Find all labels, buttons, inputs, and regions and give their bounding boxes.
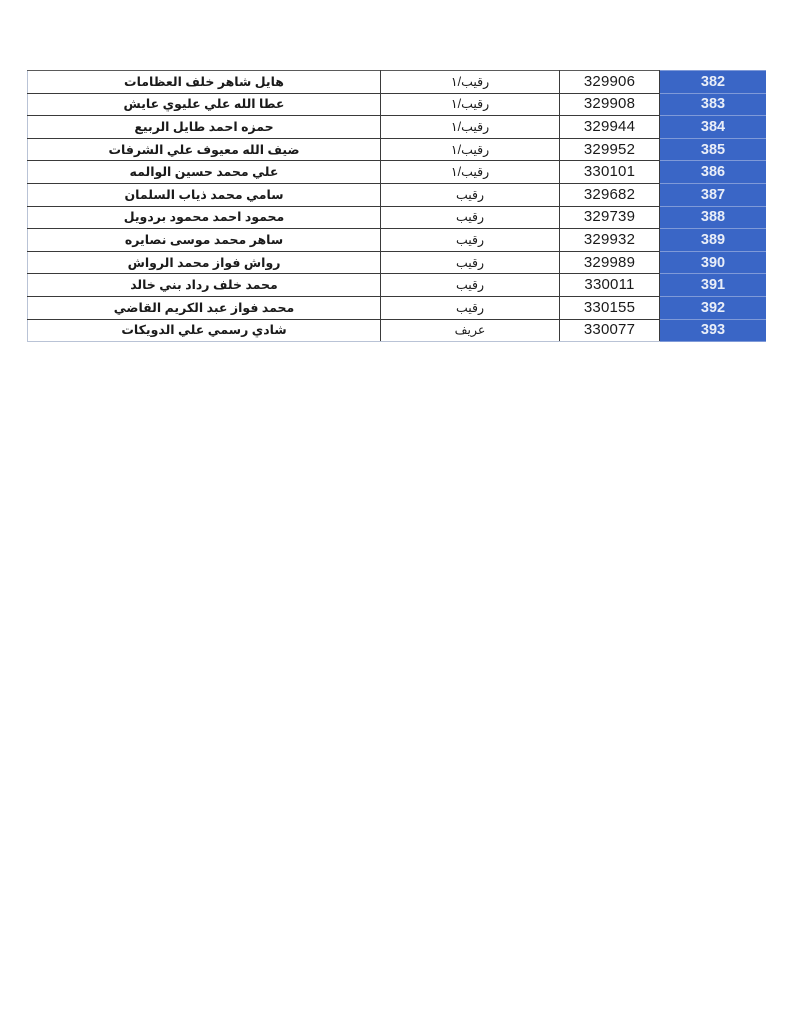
- rank-cell: رقيب: [381, 206, 560, 229]
- table-row: ضيف الله معيوف علي الشرفات رقيب/١ 329952…: [28, 138, 767, 161]
- name-cell: هايل شاهر خلف العظامات: [28, 71, 381, 94]
- rank-cell: رقيب: [381, 251, 560, 274]
- personnel-table: هايل شاهر خلف العظامات رقيب/١ 329906 382…: [27, 70, 766, 342]
- table-row: شادي رسمي علي الدويكات عريف 330077 393: [28, 319, 767, 342]
- row-index-cell: 384: [660, 116, 767, 139]
- rank-cell: رقيب/١: [381, 138, 560, 161]
- employee-id-cell: 330101: [560, 161, 660, 184]
- name-cell: ساهر محمد موسى نصايره: [28, 229, 381, 252]
- table-row: حمزه احمد طايل الربيع رقيب/١ 329944 384: [28, 116, 767, 139]
- row-index-cell: 387: [660, 183, 767, 206]
- rank-cell: رقيب/١: [381, 116, 560, 139]
- row-index-cell: 391: [660, 274, 767, 297]
- name-cell: علي محمد حسين الوالمه: [28, 161, 381, 184]
- employee-id-cell: 329989: [560, 251, 660, 274]
- name-cell: رواش فواز محمد الرواش: [28, 251, 381, 274]
- rank-cell: رقيب/١: [381, 71, 560, 94]
- employee-id-cell: 329952: [560, 138, 660, 161]
- table-row: محمد فواز عبد الكريم القاضي رقيب 330155 …: [28, 296, 767, 319]
- table-row: سامي محمد ذياب السلمان رقيب 329682 387: [28, 183, 767, 206]
- employee-id-cell: 330155: [560, 296, 660, 319]
- row-index-cell: 382: [660, 71, 767, 94]
- name-cell: سامي محمد ذياب السلمان: [28, 183, 381, 206]
- table-row: علي محمد حسين الوالمه رقيب/١ 330101 386: [28, 161, 767, 184]
- employee-id-cell: 329739: [560, 206, 660, 229]
- employee-id-cell: 329682: [560, 183, 660, 206]
- table-row: محمد خلف رداد بني خالد رقيب 330011 391: [28, 274, 767, 297]
- row-index-cell: 383: [660, 93, 767, 116]
- table-row: عطا الله علي عليوي عايش رقيب/١ 329908 38…: [28, 93, 767, 116]
- name-cell: عطا الله علي عليوي عايش: [28, 93, 381, 116]
- row-index-cell: 389: [660, 229, 767, 252]
- employee-id-cell: 330011: [560, 274, 660, 297]
- rank-cell: رقيب: [381, 274, 560, 297]
- employee-id-cell: 329944: [560, 116, 660, 139]
- rank-cell: رقيب/١: [381, 93, 560, 116]
- name-cell: ضيف الله معيوف علي الشرفات: [28, 138, 381, 161]
- employee-id-cell: 330077: [560, 319, 660, 342]
- row-index-cell: 390: [660, 251, 767, 274]
- row-index-cell: 392: [660, 296, 767, 319]
- table-row: رواش فواز محمد الرواش رقيب 329989 390: [28, 251, 767, 274]
- document-page: هايل شاهر خلف العظامات رقيب/١ 329906 382…: [0, 0, 788, 1024]
- table-row: محمود احمد محمود بردويل رقيب 329739 388: [28, 206, 767, 229]
- row-index-cell: 388: [660, 206, 767, 229]
- row-index-cell: 393: [660, 319, 767, 342]
- name-cell: شادي رسمي علي الدويكات: [28, 319, 381, 342]
- row-index-cell: 386: [660, 161, 767, 184]
- table-row: ساهر محمد موسى نصايره رقيب 329932 389: [28, 229, 767, 252]
- employee-id-cell: 329906: [560, 71, 660, 94]
- name-cell: حمزه احمد طايل الربيع: [28, 116, 381, 139]
- rank-cell: رقيب: [381, 229, 560, 252]
- employee-id-cell: 329932: [560, 229, 660, 252]
- name-cell: محمد فواز عبد الكريم القاضي: [28, 296, 381, 319]
- employee-id-cell: 329908: [560, 93, 660, 116]
- rank-cell: رقيب/١: [381, 161, 560, 184]
- rank-cell: عريف: [381, 319, 560, 342]
- name-cell: محمد خلف رداد بني خالد: [28, 274, 381, 297]
- rank-cell: رقيب: [381, 183, 560, 206]
- row-index-cell: 385: [660, 138, 767, 161]
- name-cell: محمود احمد محمود بردويل: [28, 206, 381, 229]
- table-row: هايل شاهر خلف العظامات رقيب/١ 329906 382: [28, 71, 767, 94]
- rank-cell: رقيب: [381, 296, 560, 319]
